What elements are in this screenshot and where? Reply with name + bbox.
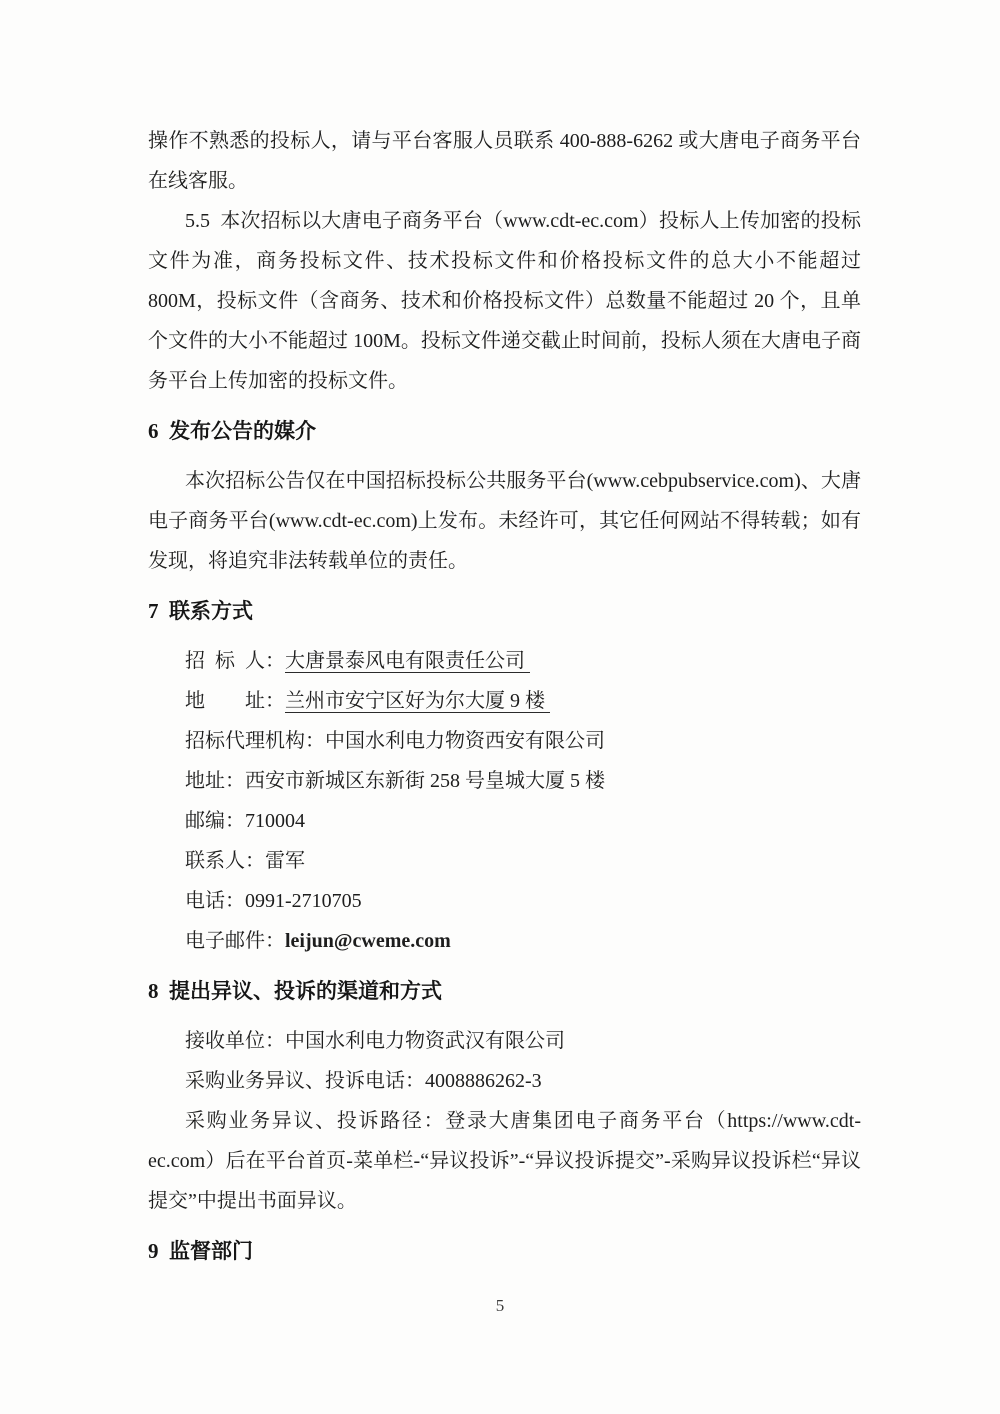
email-value: leijun@cweme.com [285,930,451,952]
tenderer-label: 招 标 人： [185,650,285,672]
paragraph-platform-support: 操作不熟悉的投标人，请与平台客服人员联系 400-888-6262 或大唐电子商… [148,121,861,201]
postcode-line: 邮编：710004 [148,801,861,841]
document-page: 操作不熟悉的投标人，请与平台客服人员联系 400-888-6262 或大唐电子商… [0,0,1000,1414]
tenderer-line: 招 标 人：大唐景泰风电有限责任公司 [148,641,861,681]
tenderer-address-line: 地 址：兰州市安宁区好为尔大厦 9 楼 [148,681,861,721]
agency-address-line: 地址：西安市新城区东新街 258 号皇城大厦 5 楼 [148,761,861,801]
complaint-list: 接收单位：中国水利电力物资武汉有限公司 采购业务异议、投诉电话：40088862… [148,1021,861,1101]
paragraph-5-5: 5.5 本次招标以大唐电子商务平台（www.cdt-ec.com）投标人上传加密… [148,201,861,401]
contact-list: 招 标 人：大唐景泰风电有限责任公司 地 址：兰州市安宁区好为尔大厦 9 楼 招… [148,641,861,961]
section-6-paragraph: 本次招标公告仅在中国招标投标公共服务平台(www.cebpubservice.c… [148,461,861,581]
section-6-heading: 6 发布公告的媒介 [148,411,861,451]
tenderer-address-label: 地 址： [185,690,285,712]
section-9-heading: 9 监督部门 [148,1231,861,1271]
phone-line: 电话：0991-2710705 [148,881,861,921]
agency-line: 招标代理机构：中国水利电力物资西安有限公司 [148,721,861,761]
complaint-phone-line: 采购业务异议、投诉电话：4008886262-3 [148,1061,861,1101]
email-line: 电子邮件：leijun@cweme.com [148,921,861,961]
page-number: 5 [0,1295,1000,1317]
email-label: 电子邮件： [185,930,285,952]
tenderer-name: 大唐景泰风电有限责任公司 [285,650,530,673]
contact-person-line: 联系人：雷军 [148,841,861,881]
complaint-path-paragraph: 采购业务异议、投诉路径：登录大唐集团电子商务平台（https://www.cdt… [148,1101,861,1221]
tenderer-address-value: 兰州市安宁区好为尔大厦 9 楼 [285,690,550,713]
receiver-line: 接收单位：中国水利电力物资武汉有限公司 [148,1021,861,1061]
section-7-heading: 7 联系方式 [148,591,861,631]
section-8-heading: 8 提出异议、投诉的渠道和方式 [148,971,861,1011]
